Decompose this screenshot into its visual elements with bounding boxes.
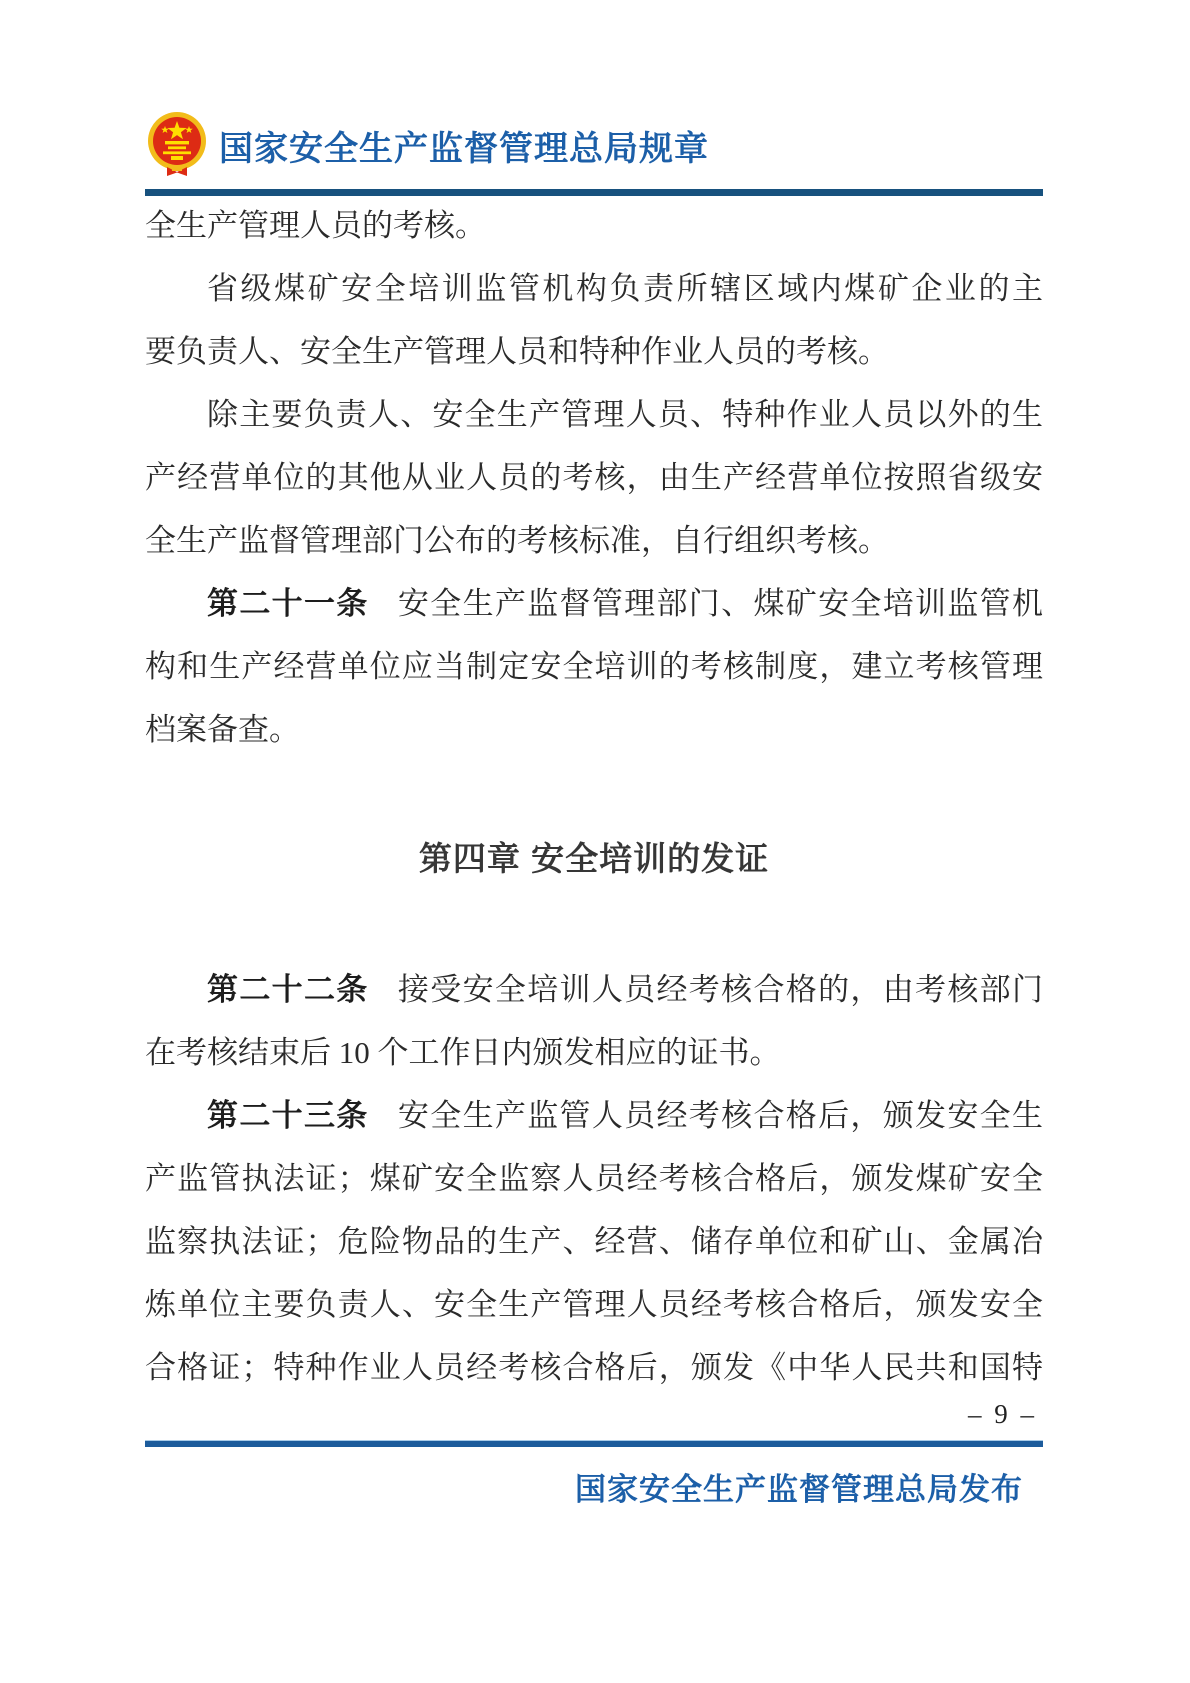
article-number-label: 第二十三条 [207,1098,369,1133]
china-national-emblem-icon [145,110,209,180]
document-page: 国家安全生产监督管理总局规章 全生产管理人员的考核。 省级煤矿安全培训监管机构负… [0,0,1190,1683]
header-title: 国家安全生产监督管理总局规章 [219,121,709,170]
body-line: 产监管执法证；煤矿安全监察人员经考核合格后，颁发煤矿安全 [145,1147,1043,1210]
page-header: 国家安全生产监督管理总局规章 [145,110,1043,180]
article-number-label: 第二十二条 [207,972,369,1007]
body-line: 要负责人、安全生产管理人员和特种作业人员的考核。 [145,320,1043,383]
body-line: 档案备查。 [145,698,1043,761]
body-line: 第二十一条安全生产监督管理部门、煤矿安全培训监管机 [145,572,1043,635]
body-line: 全生产管理人员的考核。 [145,194,1043,257]
body-line: 合格证；特种作业人员经考核合格后，颁发《中华人民共和国特 [145,1336,1043,1399]
body-line: 产经营单位的其他从业人员的考核，由生产经营单位按照省级安 [145,446,1043,509]
body-line: 除主要负责人、安全生产管理人员、特种作业人员以外的生 [145,383,1043,446]
footer-rule [145,1440,1043,1447]
body-line: 炼单位主要负责人、安全生产管理人员经考核合格后，颁发安全 [145,1273,1043,1336]
body-line-text: 接受安全培训人员经考核合格的，由考核部门 [397,972,1043,1007]
body-line-text: 安全生产监督管理部门、煤矿安全培训监管机 [397,586,1043,621]
document-body: 全生产管理人员的考核。 省级煤矿安全培训监管机构负责所辖区域内煤矿企业的主 要负… [145,194,1043,1426]
chapter-heading: 第四章 安全培训的发证 [145,837,1043,881]
body-line: 监察执法证；危险物品的生产、经营、储存单位和矿山、金属冶 [145,1210,1043,1273]
page-number: – 9 – [145,1402,1043,1426]
body-line: 在考核结束后 10 个工作日内颁发相应的证书。 [145,1021,1043,1084]
body-line: 全生产监督管理部门公布的考核标准，自行组织考核。 [145,509,1043,572]
body-line: 第二十三条安全生产监管人员经考核合格后，颁发安全生 [145,1084,1043,1147]
body-line-text: 安全生产监管人员经考核合格后，颁发安全生 [397,1098,1043,1133]
body-line: 第二十二条接受安全培训人员经考核合格的，由考核部门 [145,958,1043,1021]
publisher-label: 国家安全生产监督管理总局发布 [145,1464,1023,1509]
body-line: 构和生产经营单位应当制定安全培训的考核制度，建立考核管理 [145,635,1043,698]
body-line: 省级煤矿安全培训监管机构负责所辖区域内煤矿企业的主 [145,257,1043,320]
article-number-label: 第二十一条 [207,586,369,621]
